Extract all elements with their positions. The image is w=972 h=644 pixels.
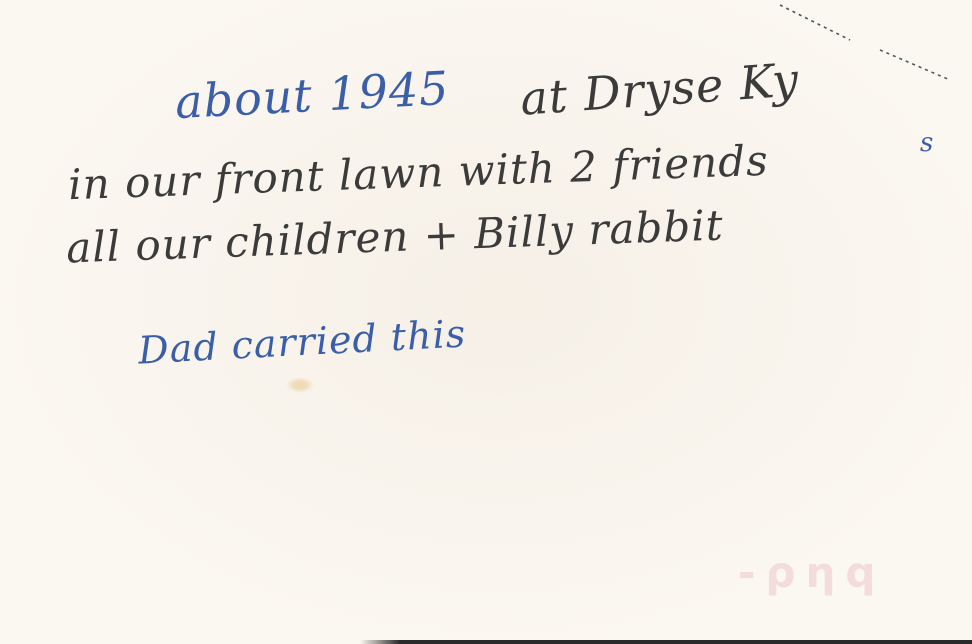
corner-crease-mark <box>770 0 972 90</box>
photo-bottom-edge <box>360 640 972 644</box>
faded-stamp: -ρηq <box>738 548 885 597</box>
note-correction-mark: s <box>920 128 934 158</box>
